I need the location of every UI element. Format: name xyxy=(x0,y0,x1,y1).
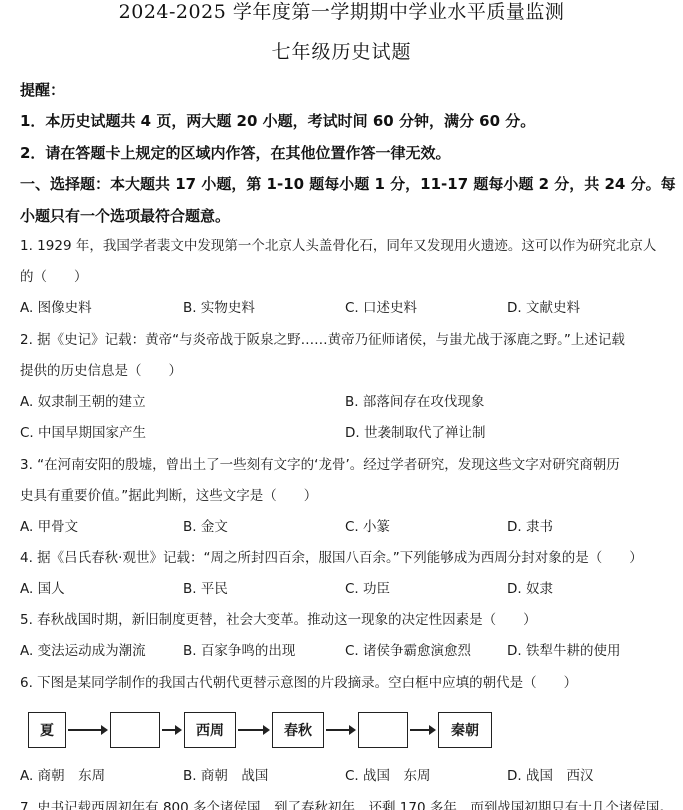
option-b[interactable]: B. 百家争鸣的出现 xyxy=(183,642,295,660)
question-stem: 1. 1929 年，我国学者裴文中发现第一个北京人头盖骨化石，同年又发现用火遗迹… xyxy=(20,237,656,255)
option-b[interactable]: B. 金文 xyxy=(183,518,228,536)
exam-subtitle: 七年级历史试题 xyxy=(0,40,683,64)
option-d[interactable]: D. 文献史料 xyxy=(507,299,580,317)
question-stem: 3. “在河南安阳的殷墟，曾出土了一些刻有文字的‘龙骨’。经过学者研究，发现这些… xyxy=(20,456,620,474)
dynasty-box-qin: 秦朝 xyxy=(438,712,492,748)
option-c[interactable]: C. 中国早期国家产生 xyxy=(20,424,146,442)
option-a[interactable]: A. 国人 xyxy=(20,580,65,598)
question-stem: 6. 下图是某同学制作的我国古代朝代更替示意图的片段摘录。空白框中应填的朝代是（… xyxy=(20,674,577,692)
option-a[interactable]: A. 变法运动成为潮流 xyxy=(20,642,146,660)
option-d[interactable]: D. 战国 西汉 xyxy=(507,767,593,785)
option-a[interactable]: A. 甲骨文 xyxy=(20,518,78,536)
section-heading-line2: 小题只有一个选项最符合题意。 xyxy=(20,206,230,226)
question-stem: 7. 史书记载西周初年有 800 多个诸侯国，到了春秋初年，还剩 170 多年，… xyxy=(20,799,673,810)
question-stem: 史具有重要价值。”据此判断，这些文字是（ ） xyxy=(20,487,317,505)
option-c[interactable]: C. 诸侯争霸愈演愈烈 xyxy=(345,642,471,660)
question-stem: 4. 据《吕氏春秋·观世》记载：“周之所封四百余，服国八百余。”下列能够成为西周… xyxy=(20,549,643,567)
dynasty-box-blank-1 xyxy=(110,712,160,748)
option-d[interactable]: D. 铁犁牛耕的使用 xyxy=(507,642,620,660)
arrow-icon xyxy=(410,729,434,731)
question-stem: 5. 春秋战国时期，新旧制度更替，社会大变革。推动这一现象的决定性因素是（ ） xyxy=(20,611,537,629)
section-heading-line1: 一、选择题：本大题共 17 小题，第 1-10 题每小题 1 分，11-17 题… xyxy=(20,174,676,194)
option-d[interactable]: D. 奴隶 xyxy=(507,580,553,598)
option-d[interactable]: D. 隶书 xyxy=(507,518,553,536)
option-b[interactable]: B. 部落间存在攻伐现象 xyxy=(345,393,484,411)
reminder-item-1: 1．本历史试题共 4 页，两大题 20 小题，考试时间 60 分钟，满分 60 … xyxy=(20,111,535,131)
option-c[interactable]: C. 功臣 xyxy=(345,580,390,598)
option-a[interactable]: A. 图像史料 xyxy=(20,299,92,317)
arrow-icon xyxy=(238,729,268,731)
dynasty-sequence-diagram: 夏 西周 春秋 秦朝 xyxy=(28,710,498,752)
reminder-item-2: 2．请在答题卡上规定的区域内作答，在其他位置作答一律无效。 xyxy=(20,143,450,163)
arrow-icon xyxy=(68,729,106,731)
dynasty-box-blank-2 xyxy=(358,712,408,748)
option-b[interactable]: B. 实物史料 xyxy=(183,299,255,317)
arrow-icon xyxy=(326,729,354,731)
question-stem: 2. 据《史记》记载：黄帝“与炎帝战于阪泉之野……黄帝乃征师诸侯，与蚩尤战于涿鹿… xyxy=(20,331,625,349)
option-d[interactable]: D. 世袭制取代了禅让制 xyxy=(345,424,485,442)
option-a[interactable]: A. 商朝 东周 xyxy=(20,767,105,785)
option-c[interactable]: C. 战国 东周 xyxy=(345,767,431,785)
dynasty-box-xia: 夏 xyxy=(28,712,66,748)
option-c[interactable]: C. 小篆 xyxy=(345,518,390,536)
arrow-icon xyxy=(162,729,180,731)
dynasty-box-xizhou: 西周 xyxy=(184,712,236,748)
reminder-label: 提醒： xyxy=(20,80,65,100)
option-c[interactable]: C. 口述史料 xyxy=(345,299,417,317)
exam-title: 2024-2025 学年度第一学期期中学业水平质量监测 xyxy=(0,0,683,24)
dynasty-box-chunqiu: 春秋 xyxy=(272,712,324,748)
option-b[interactable]: B. 平民 xyxy=(183,580,228,598)
option-a[interactable]: A. 奴隶制王朝的建立 xyxy=(20,393,146,411)
question-stem: 的（ ） xyxy=(20,268,88,286)
question-stem: 提供的历史信息是（ ） xyxy=(20,362,182,380)
option-b[interactable]: B. 商朝 战国 xyxy=(183,767,268,785)
